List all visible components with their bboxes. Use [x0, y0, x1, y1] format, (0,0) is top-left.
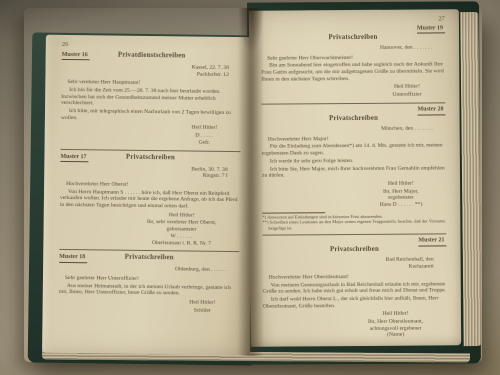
closing-salute: Heil Hitler!	[368, 311, 423, 318]
muster-label: Muster 18	[59, 254, 87, 263]
signature-line: Hans D . . . . . . **)	[380, 202, 423, 209]
muster-label: Muster 20	[417, 106, 445, 115]
date-block: Hannover, den . . . . . . .	[261, 44, 445, 52]
body-paragraph: Ich darf wohl Herrn Oberst L., der sich …	[263, 295, 447, 310]
signature-line: Schüler	[189, 307, 215, 314]
date-line: Oldenburg, den . . . . . .	[59, 265, 226, 274]
muster-label: Muster 19	[417, 25, 445, 34]
letter-muster-17: Muster 17 Privatschreiben Berlin, 30. 7.…	[59, 152, 240, 247]
letter-muster-21: Muster 21 Privatschreiben Bad Reichenhal…	[262, 238, 447, 340]
date-block: Berlin, 30. 7. 38 Ringstr. 7 I	[60, 164, 240, 180]
divider-rule	[261, 102, 445, 104]
signature-line: Gefr.	[191, 139, 217, 146]
muster-label: Muster 16	[62, 52, 90, 61]
letter-muster-18: Muster 18 Privatschreiben Oldenburg, den…	[59, 253, 240, 314]
letter-head: Muster 20 Privatschreiben	[262, 106, 446, 123]
muster-label: Muster 17	[60, 153, 88, 162]
date-block: Oldenburg, den . . . . . .	[59, 265, 239, 274]
book-photo: 26 Muster 16 Privatdienstschreiben Kasse…	[0, 0, 500, 375]
body-paragraph: Ich bitte, mir telegraphisch einen Nachu…	[61, 108, 241, 124]
signature-line: Unteroffizier	[392, 92, 421, 99]
divider-rule	[59, 249, 239, 252]
right-page: 27 Muster 19 Privatschreiben Hannover, d…	[249, 9, 461, 346]
date-block: München, den . . . . . . .	[262, 125, 446, 133]
closing-block: Heil Hitler! Ihr, sehr verehrter Herr Ob…	[147, 212, 217, 247]
letter-head: Muster 18 Privatschreiben	[59, 253, 239, 264]
right-page-content: 27 Muster 19 Privatschreiben Hannover, d…	[261, 15, 447, 339]
closing-block: Heil Hitler! D . . . . . Gefr.	[191, 125, 217, 146]
date-block: Kassel, 22. 7. 38 Packhofstr. 12	[61, 63, 241, 79]
body-paragraph: Für die Einladung zum Abendessen*) am 14…	[262, 143, 446, 158]
closing-block: Heil Hitler! Schüler	[189, 300, 215, 315]
letter-head: Muster 19 Privatschreiben	[261, 25, 445, 42]
letter-head: Muster 21 Privatschreiben	[262, 238, 446, 255]
body-paragraph: Aus meiner Heimatstadt, in der ich meine…	[59, 283, 239, 299]
body-paragraph: Von Herrn Hauptmann S . . . . . . höre i…	[60, 189, 240, 211]
left-page-content: 26 Muster 16 Privatdienstschreiben Kasse…	[59, 41, 242, 315]
salutation: Hochverehrter Herr Oberstleutnant!	[269, 273, 447, 281]
closing-block: Heil Hitler! Ihr, Herr Oberstleutnant, a…	[368, 311, 423, 339]
date-line: Hannover, den . . . . . . .	[261, 44, 432, 52]
footnotes: *) Antworten auf Einladungen sind in kür…	[262, 213, 446, 231]
closing-salute: Heil Hitler!	[392, 84, 421, 91]
date-block: Bad Reichenhall, den Kurlazarett	[263, 257, 447, 272]
signature-line: Oberleutnant i. R. R. Nr. 7	[147, 240, 216, 248]
page-number-right: 27	[261, 15, 445, 24]
address-line: Kurlazarett	[263, 264, 434, 272]
closing-salute: Heil Hitler!	[380, 180, 423, 187]
letter-head: Muster 16 Privatdienstschreiben	[62, 51, 242, 62]
body-paragraph: Ich werde ihr sehr gern Folge leisten.	[262, 157, 446, 165]
closing-salute: Heil Hitler!	[191, 125, 217, 132]
page-edges-right	[460, 12, 481, 346]
letter-head: Muster 17 Privatschreiben	[60, 152, 240, 163]
footnote: **) Schreiben eines Leutnants an den Maj…	[262, 219, 446, 231]
body-paragraph: Bin am Sonnabend hier eingetroffen und h…	[261, 62, 445, 83]
closing-salute: Heil Hitler!	[189, 300, 215, 307]
body-paragraph: Ich bitte Sie, Herr Major, mich Ihrer ho…	[262, 165, 446, 180]
date-line: München, den . . . . . . .	[262, 125, 433, 133]
divider-rule	[61, 148, 241, 151]
divider-rule	[262, 234, 446, 236]
letter-muster-20: Muster 20 Privatschreiben München, den .…	[262, 106, 447, 231]
address-line: Ringstr. 7 I	[60, 171, 227, 180]
closing-block: Heil Hitler! Ihr, Herr Major, ergebenste…	[380, 180, 423, 208]
muster-label: Muster 21	[418, 238, 446, 247]
left-page: 26 Muster 16 Privatdienstschreiben Kasse…	[42, 35, 254, 356]
page-number-left: 26	[62, 41, 242, 51]
closing-salute: Heil Hitler!	[147, 212, 216, 220]
letter-muster-16: Muster 16 Privatdienstschreiben Kassel, …	[61, 51, 242, 147]
closing-block: Heil Hitler! Unteroffizier	[392, 84, 421, 99]
signature-line: (Name)	[368, 332, 423, 339]
address-line: Packhofstr. 12	[61, 69, 228, 78]
body-paragraph: Von meinem Genesungsurlaub in Bad Reiche…	[263, 281, 447, 296]
letter-muster-19: Muster 19 Privatschreiben Hannover, den …	[261, 25, 446, 99]
body-paragraph: Ich bin für die Zeit vom 25.—28. 7. 38 n…	[61, 87, 241, 109]
signature-line: D . . . . .	[191, 133, 217, 140]
